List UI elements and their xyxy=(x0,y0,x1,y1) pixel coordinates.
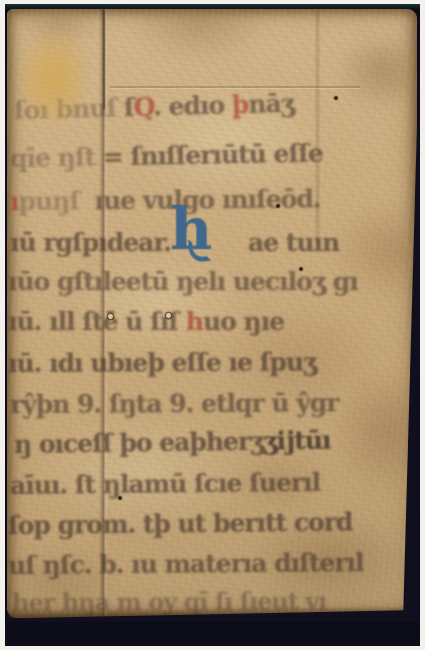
pinhole-mark xyxy=(108,314,113,319)
speck-mark xyxy=(334,96,338,100)
rubricated-letter: h xyxy=(186,307,203,336)
text-line: uſ ŋſc. b. ıu materıa dıſterıl xyxy=(8,548,364,580)
text-line: ıū. ıdı ubıeþ eſſe ıe ſpuʒ xyxy=(8,347,316,378)
page-detail-overlay: ſoı bnuſ ſQ. edıo þnāʒqīe ŋſt = ſnıſſerı… xyxy=(0,0,425,650)
script-segment: ıū. ıdı ubıeþ eſſe ıe ſpuʒ xyxy=(8,347,316,378)
rubricated-letter: ı xyxy=(10,187,19,216)
text-line: ıpuŋſ ıue vulgo ınıſeōd. xyxy=(10,184,321,216)
speck-mark xyxy=(276,204,280,208)
manuscript-photo: ſoı bnuſ ſQ. edıo þnāʒqīe ŋſt = ſnıſſerı… xyxy=(0,0,425,650)
text-line: ıū. ıll ſtē ū ſıſ huo ŋıe xyxy=(8,307,284,336)
text-line: ŋ oıceſſ þo eaþherʒʒĳtūı xyxy=(14,426,331,459)
script-segment: ŋ oıceſſ þo eaþherʒ xyxy=(14,427,264,459)
speck-mark xyxy=(299,267,303,271)
script-segment: ſnıſſerıūtū eſſe xyxy=(130,139,323,171)
script-segment: nāʒ xyxy=(248,89,294,119)
pinhole-mark xyxy=(166,313,171,318)
script-segment: aīuı. ſt ŋlamū ſcıe ſuerıl xyxy=(10,468,320,500)
rubricated-letter: þ xyxy=(231,90,248,119)
script-segment: ſop grom. tþ ut berıtt cord xyxy=(8,507,353,540)
script-segment: ae tuın xyxy=(248,228,339,257)
text-line: rŷþn 9. ſŋta 9. etlqr ū ŷgr xyxy=(10,388,339,419)
text-line: qīe ŋſt = ſnıſſerıūtū eſſe xyxy=(10,139,323,173)
text-line: ıūo gſtıleetū ŋelı uecıloʒ gı xyxy=(8,267,358,296)
script-segment: = xyxy=(103,142,131,171)
text-line: ſop grom. tþ ut berıtt cord xyxy=(8,507,353,540)
stain-patch xyxy=(16,28,90,128)
script-segment: uſ ŋſc. b. ıu materıa dıſterıl xyxy=(8,548,364,580)
speck-mark xyxy=(118,496,122,500)
script-segment: ıū rgſpıdear. xyxy=(10,228,171,257)
script-segment: ıūo gſtıleetū ŋelı uecıloʒ gı xyxy=(8,267,358,296)
script-segment: ıū. ıll ſtē ū ſıſ xyxy=(8,307,186,336)
script-segment: . edıo xyxy=(153,90,232,121)
script-segment: qīe ŋſt xyxy=(10,142,103,173)
illuminated-initial: h xyxy=(170,203,216,255)
script-segment: puŋſ xyxy=(18,186,94,216)
script-segment: ʒĳtūı xyxy=(263,426,331,456)
script-segment: uo ŋıe xyxy=(203,307,284,336)
text-line: aīuı. ſt ŋlamū ſcıe ſuerıl xyxy=(10,468,320,500)
ruling-line xyxy=(110,86,360,88)
script-segment: rŷþn 9. ſŋta 9. etlqr ū ŷgr xyxy=(10,388,339,419)
rubricated-letter: Q xyxy=(133,92,153,122)
